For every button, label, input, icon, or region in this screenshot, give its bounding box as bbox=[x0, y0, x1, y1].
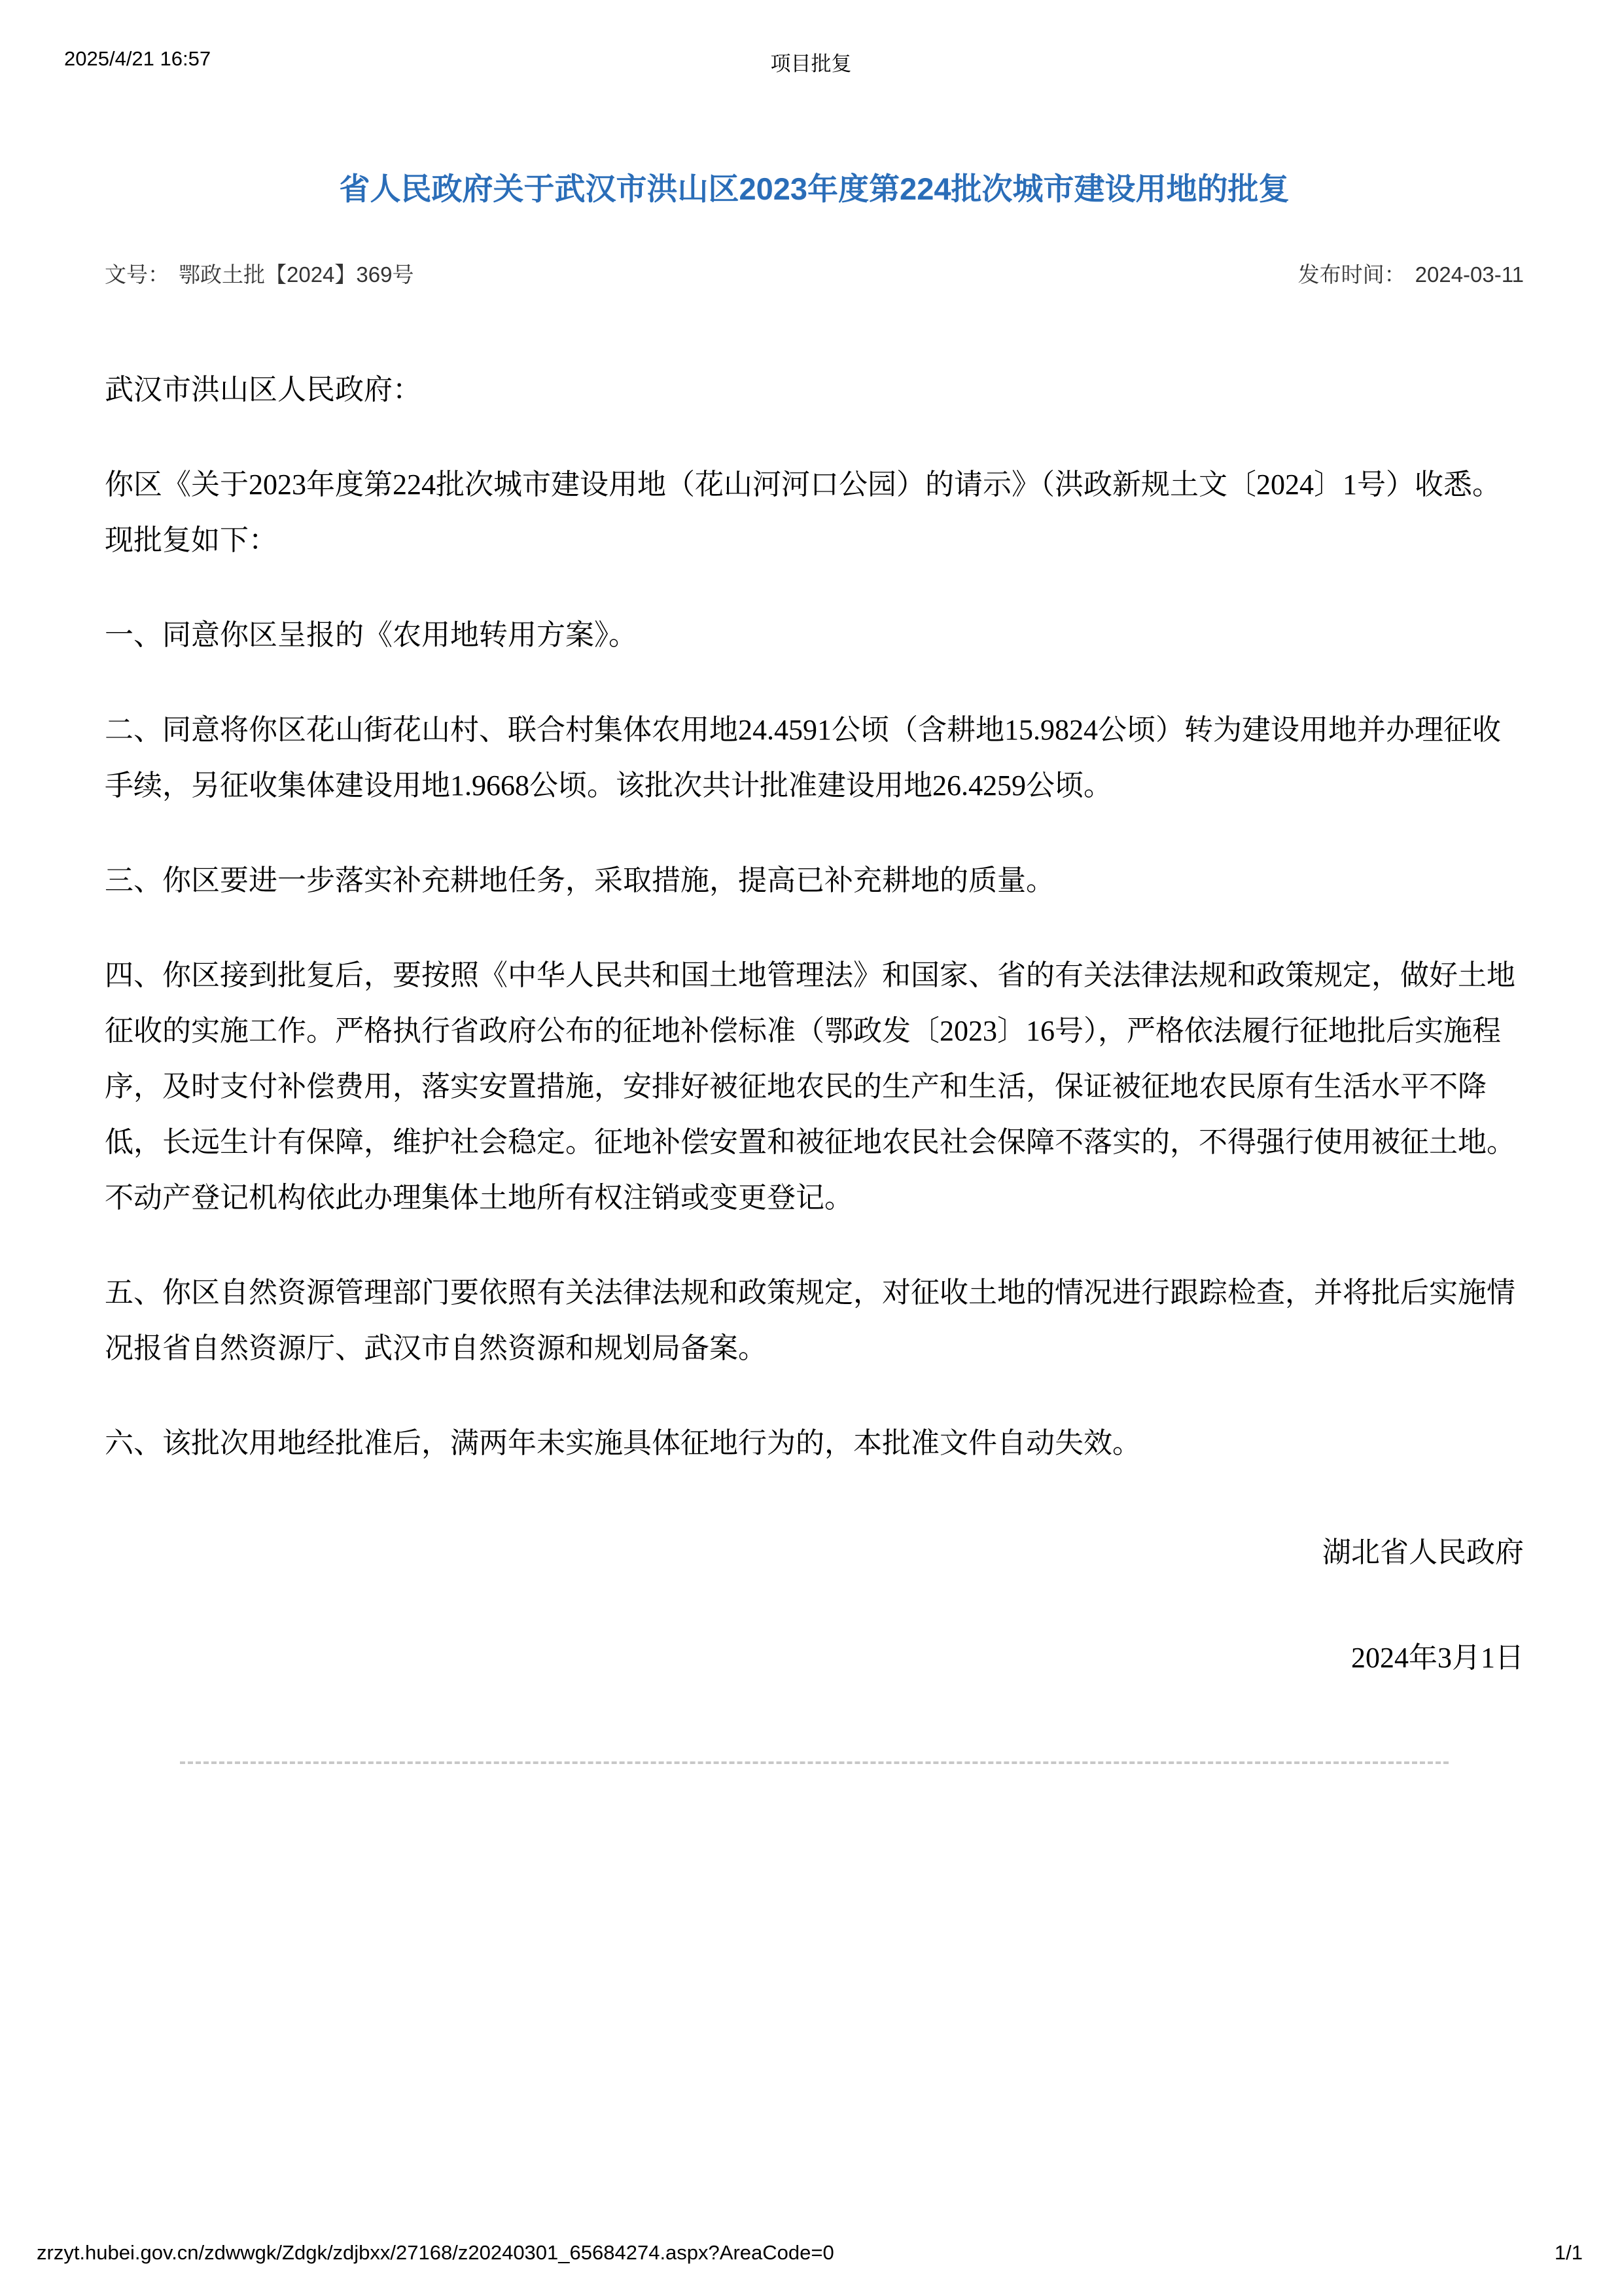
body-paragraph: 一、同意你区呈报的《农用地转用方案》。 bbox=[105, 607, 1524, 663]
footer-page-indicator: 1/1 bbox=[1555, 2241, 1583, 2265]
salutation-paragraph: 武汉市洪山区人民政府： bbox=[105, 362, 1524, 417]
body-paragraph: 你区《关于2023年度第224批次城市建设用地（花山河河口公园）的请示》（洪政新… bbox=[105, 457, 1524, 568]
document-meta-row: 文号： 鄂政土批【2024】369号 发布时间： 2024-03-11 bbox=[105, 258, 1524, 289]
footer-url: zrzyt.hubei.gov.cn/zdwwgk/Zdgk/zdjbxx/27… bbox=[37, 2241, 834, 2265]
body-paragraph: 四、你区接到批复后，要按照《中华人民共和国土地管理法》和国家、省的有关法律法规和… bbox=[105, 947, 1524, 1226]
doc-number-value: 鄂政土批【2024】369号 bbox=[179, 258, 414, 289]
body-paragraph: 三、你区要进一步落实补充耕地任务，采取措施，提高已补充耕地的质量。 bbox=[105, 853, 1524, 908]
print-footer: zrzyt.hubei.gov.cn/zdwwgk/Zdgk/zdjbxx/27… bbox=[37, 2241, 1583, 2265]
page-divider bbox=[180, 1761, 1449, 1764]
document-page: 省人民政府关于武汉市洪山区2023年度第224批次城市建设用地的批复 文号： 鄂… bbox=[105, 0, 1524, 1764]
document-body: 武汉市洪山区人民政府： 你区《关于2023年度第224批次城市建设用地（花山河河… bbox=[105, 362, 1524, 1686]
signature-date: 2024年3月1日 bbox=[105, 1630, 1524, 1686]
body-paragraph: 六、该批次用地经批准后，满两年未实施具体征地行为的，本批准文件自动失效。 bbox=[105, 1415, 1524, 1471]
signature-block: 湖北省人民政府 2024年3月1日 bbox=[105, 1525, 1524, 1686]
page-title: 省人民政府关于武汉市洪山区2023年度第224批次城市建设用地的批复 bbox=[105, 169, 1524, 209]
body-paragraph: 五、你区自然资源管理部门要依照有关法律法规和政策规定，对征收土地的情况进行跟踪检… bbox=[105, 1265, 1524, 1376]
publish-time: 发布时间： 2024-03-11 bbox=[1298, 258, 1524, 289]
doc-number-label: 文号： bbox=[105, 258, 169, 289]
doc-number: 文号： 鄂政土批【2024】369号 bbox=[105, 258, 414, 289]
signature-issuer: 湖北省人民政府 bbox=[105, 1525, 1524, 1580]
publish-time-value: 2024-03-11 bbox=[1415, 262, 1524, 287]
divider-area bbox=[105, 1686, 1524, 1764]
body-paragraph: 二、同意将你区花山街花山村、联合村集体农用地24.4591公顷（含耕地15.98… bbox=[105, 702, 1524, 813]
publish-time-label: 发布时间： bbox=[1298, 258, 1406, 289]
